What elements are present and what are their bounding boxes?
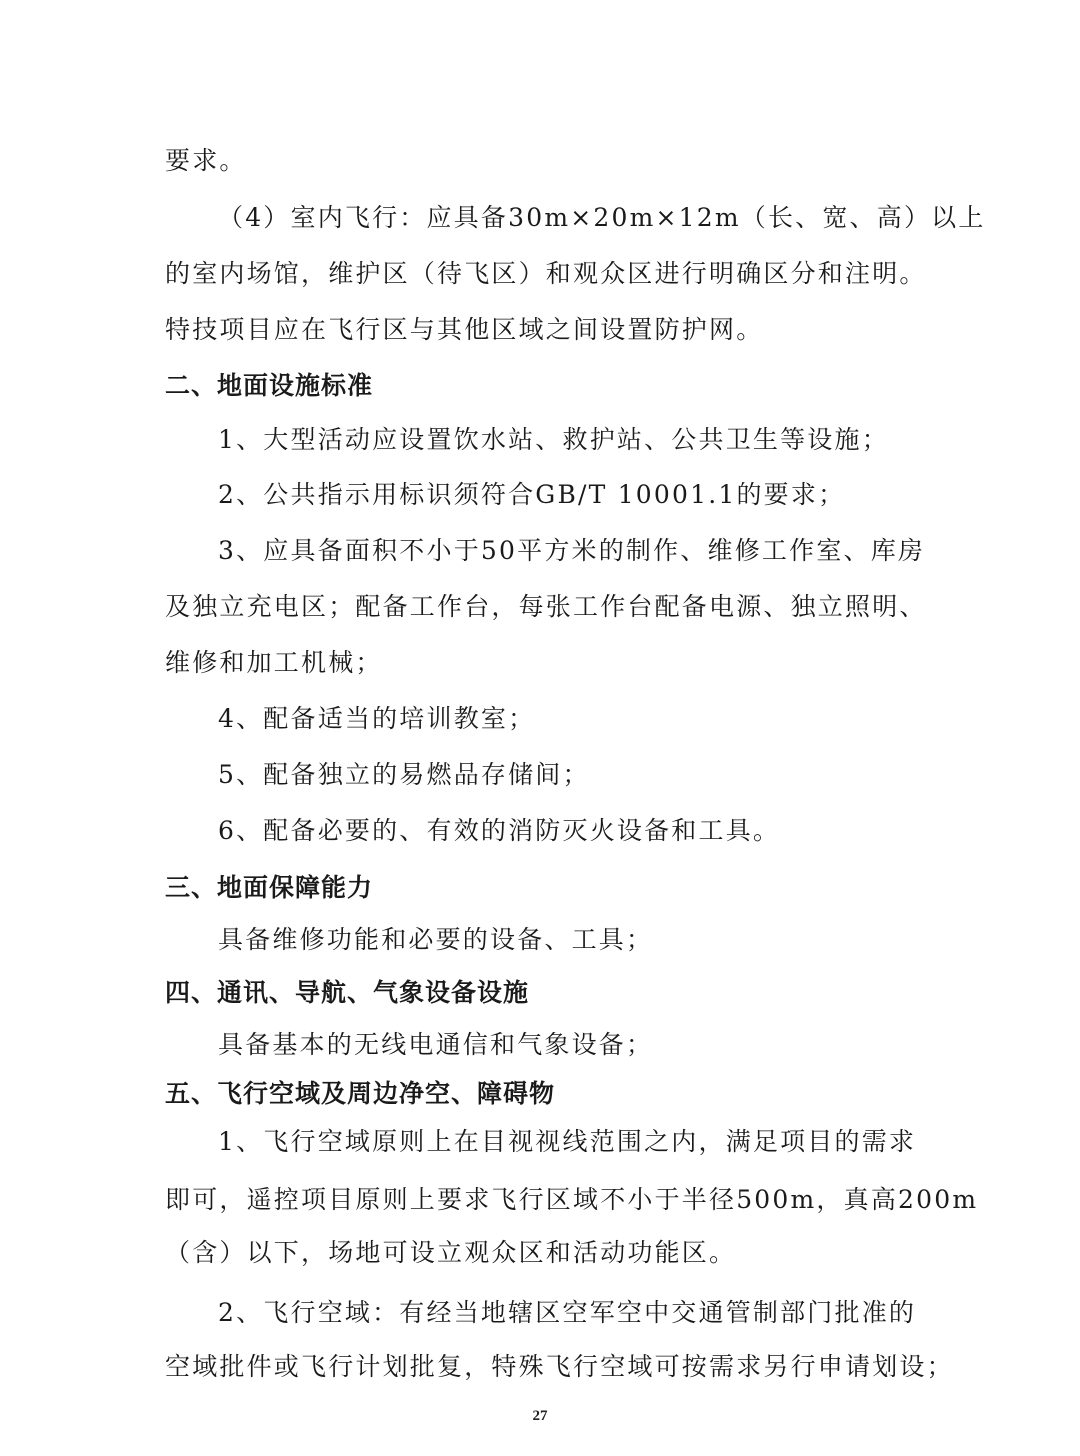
paragraph-line: 及独立充电区；配备工作台，每张工作台配备电源、独立照明、	[165, 592, 927, 622]
section-heading-4: 四、通讯、导航、气象设备设施	[165, 978, 529, 1008]
list-item: 2、飞行空域：有经当地辖区空军空中交通管制部门批准的	[218, 1298, 916, 1328]
section-heading-3: 三、地面保障能力	[165, 873, 373, 903]
list-item: 2、公共指示用标识须符合GB/T 10001.1的要求；	[218, 480, 845, 510]
paragraph-line: （4）室内飞行：应具备30m×20m×12m（长、宽、高）以上	[218, 203, 986, 233]
paragraph-line: 特技项目应在飞行区与其他区域之间设置防护网。	[165, 315, 763, 345]
paragraph-line: 要求。	[165, 146, 247, 176]
paragraph-line: 具备基本的无线电通信和气象设备；	[218, 1030, 653, 1060]
section-heading-5: 五、飞行空域及周边净空、障碍物	[165, 1079, 555, 1109]
page-number: 27	[0, 1408, 1080, 1425]
paragraph-line: 即可，遥控项目原则上要求飞行区域不小于半径500m，真高200m	[165, 1185, 978, 1215]
paragraph-line: 的室内场馆，维护区（待飞区）和观众区进行明确区分和注明。	[165, 259, 927, 289]
document-page: 要求。 （4）室内飞行：应具备30m×20m×12m（长、宽、高）以上 的室内场…	[0, 0, 1080, 1456]
section-heading-2: 二、地面设施标准	[165, 371, 373, 401]
list-item: 4、配备适当的培训教室；	[218, 704, 535, 734]
paragraph-line: （含）以下，场地可设立观众区和活动功能区。	[165, 1238, 736, 1268]
paragraph-line: 具备维修功能和必要的设备、工具；	[218, 925, 653, 955]
list-item: 5、配备独立的易燃品存储间；	[218, 760, 590, 790]
paragraph-line: 空域批件或飞行计划批复，特殊飞行空域可按需求另行申请划设；	[165, 1352, 954, 1382]
list-item: 3、应具备面积不小于50平方米的制作、维修工作室、库房	[218, 536, 925, 566]
list-item: 6、配备必要的、有效的消防灭火设备和工具。	[218, 816, 780, 846]
paragraph-line: 维修和加工机械；	[165, 648, 383, 678]
list-item: 1、大型活动应设置饮水站、救护站、公共卫生等设施；	[218, 425, 889, 455]
list-item: 1、飞行空域原则上在目视视线范围之内，满足项目的需求	[218, 1127, 916, 1157]
